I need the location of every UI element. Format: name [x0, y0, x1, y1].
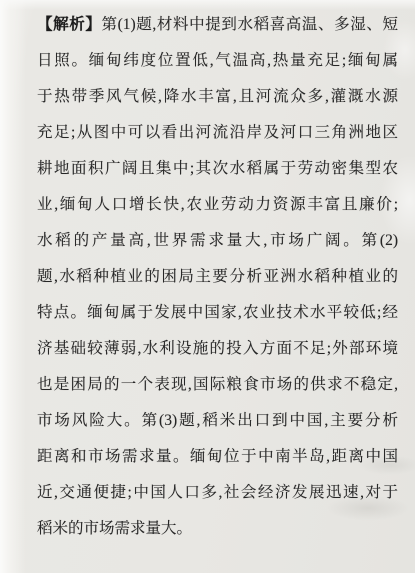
text-line-13: 距离和市场需求量。缅甸位于中南半岛,距离中国	[37, 439, 398, 475]
text-line-11: 也是困局的一个表现,国际粮食市场的供求不稳定,	[37, 367, 398, 403]
analysis-label: 【解析】	[37, 16, 101, 33]
text-line-3: 于热带季风气候,降水丰富,且河流众多,灌溉水源	[37, 79, 398, 115]
text-line-14: 近,交通便捷;中国人口多,社会经济发展迅速,对于	[37, 475, 398, 511]
scanned-document-page: 【解析】第(1)题,材料中提到水稻喜高温、多湿、短 日照。缅甸纬度位置低,气温高…	[0, 0, 415, 573]
text-line-6: 业,缅甸人口增长快,农业劳动力资源丰富且廉价;	[37, 187, 398, 223]
text-line-9: 特点。缅甸属于发展中国家,农业技术水平较低;经	[37, 295, 398, 331]
text-line-12: 市场风险大。第(3)题,稻米出口到中国,主要分析	[37, 403, 398, 439]
analysis-paragraph: 【解析】第(1)题,材料中提到水稻喜高温、多湿、短 日照。缅甸纬度位置低,气温高…	[37, 7, 398, 547]
text-line-1-body: 第(1)题,材料中提到水稻喜高温、多湿、短	[101, 16, 398, 33]
text-line-10: 济基础较薄弱,水利设施的投入方面不足;外部环境	[37, 331, 398, 367]
text-line-4: 充足;从图中可以看出河流沿岸及河口三角洲地区	[37, 115, 398, 151]
text-line-5: 耕地面积广阔且集中;其次水稻属于劳动密集型农	[37, 151, 398, 187]
scan-edge-left	[0, 0, 26, 573]
text-line-8: 题,水稻种植业的困局主要分析亚洲水稻种植业的	[37, 259, 398, 295]
text-line-7: 水稻的产量高,世界需求量大,市场广阔。第(2)	[37, 223, 398, 259]
text-line-1: 【解析】第(1)题,材料中提到水稻喜高温、多湿、短	[37, 7, 398, 43]
text-line-15: 稻米的市场需求量大。	[37, 511, 398, 547]
text-line-2: 日照。缅甸纬度位置低,气温高,热量充足;缅甸属	[37, 43, 398, 79]
